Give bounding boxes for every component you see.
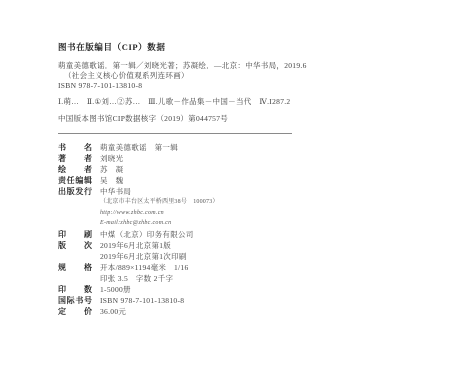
row-editor: 责任编辑 吴 魏 bbox=[58, 175, 358, 186]
cip-isbn-line: ISBN 978-7-101-13810-8 bbox=[58, 81, 408, 91]
editor-value: 吴 魏 bbox=[100, 175, 358, 186]
copyright-page: 图书在版编目（CIP）数据 萌童美德歌谣．第一辑／刘晓光著；苏凝绘．—北京：中华… bbox=[0, 0, 464, 375]
row-print-run: 印数 1-5000册 bbox=[58, 284, 358, 295]
row-label: 绘者 bbox=[58, 164, 92, 175]
format-value: 开本/889×1194毫米 1/16 bbox=[100, 262, 358, 273]
printer-value: 中煤（北京）印务有限公司 bbox=[100, 229, 358, 240]
row-label: 责任编辑 bbox=[58, 175, 92, 186]
row-label: 出版发行 bbox=[58, 186, 92, 197]
row-label: 印刷 bbox=[58, 229, 92, 240]
row-book-title: 书名 萌童美德歌谣 第一辑 bbox=[58, 142, 358, 153]
row-price: 定价 36.00元 bbox=[58, 306, 358, 317]
row-author: 著者 刘晓光 bbox=[58, 153, 358, 164]
publisher-address: （北京市丰台区太平桥西里38号 100073） bbox=[100, 197, 358, 208]
book-title-value: 萌童美德歌谣 第一辑 bbox=[100, 142, 358, 153]
row-edition: 版次 2019年6月北京第1版 2019年6月北京第1次印刷 bbox=[58, 240, 358, 262]
row-label: 书名 bbox=[58, 142, 92, 153]
colophon-table: 书名 萌童美德歌谣 第一辑 著者 刘晓光 绘者 苏 凝 责任编辑 bbox=[58, 142, 358, 317]
row-printer: 印刷 中煤（北京）印务有限公司 bbox=[58, 229, 358, 240]
cip-content-block: 图书在版编目（CIP）数据 萌童美德歌谣．第一辑／刘晓光著；苏凝绘．—北京：中华… bbox=[58, 42, 408, 317]
print-run-value: 1-5000册 bbox=[100, 284, 358, 295]
publisher-value: 中华书局 bbox=[100, 186, 358, 197]
printing-value: 2019年6月北京第1次印刷 bbox=[100, 251, 358, 262]
cip-record-number: 中国版本图书馆CIP数据核字（2019）第044757号 bbox=[58, 114, 408, 124]
row-illustrator: 绘者 苏 凝 bbox=[58, 164, 358, 175]
cip-description-line: 萌童美德歌谣．第一辑／刘晓光著；苏凝绘．—北京：中华书局，2019.6 bbox=[58, 61, 408, 71]
row-label: 著者 bbox=[58, 153, 92, 164]
publisher-website: http://www.zhbc.com.cn bbox=[100, 208, 358, 219]
cip-heading: 图书在版编目（CIP）数据 bbox=[58, 42, 408, 52]
sheets-wordcount-value: 印张 3.5 字数 2千字 bbox=[100, 273, 358, 284]
author-value: 刘晓光 bbox=[100, 153, 358, 164]
cip-classification-line: Ⅰ.萌… Ⅱ.①刘…②苏… Ⅲ.儿歌－作品集－中国－当代 Ⅳ.I287.2 bbox=[58, 97, 408, 107]
row-format: 规格 开本/889×1194毫米 1/16 印张 3.5 字数 2千字 bbox=[58, 262, 358, 284]
isbn-value: ISBN 978-7-101-13810-8 bbox=[100, 295, 358, 306]
row-label: 版次 bbox=[58, 240, 92, 251]
row-isbn: 国际书号 ISBN 978-7-101-13810-8 bbox=[58, 295, 358, 306]
row-label: 印数 bbox=[58, 284, 92, 295]
price-value: 36.00元 bbox=[100, 306, 358, 317]
horizontal-divider bbox=[58, 133, 292, 134]
illustrator-value: 苏 凝 bbox=[100, 164, 358, 175]
publisher-email: E-mail:zhbc@zhbc.com.cn bbox=[100, 218, 358, 229]
row-label: 定价 bbox=[58, 306, 92, 317]
cip-series-line: （社会主义核心价值观系列连环画） bbox=[58, 71, 408, 81]
row-label: 规格 bbox=[58, 262, 92, 273]
row-label: 国际书号 bbox=[58, 295, 92, 306]
edition-value: 2019年6月北京第1版 bbox=[100, 240, 358, 251]
cip-description: 萌童美德歌谣．第一辑／刘晓光著；苏凝绘．—北京：中华书局，2019.6 （社会主… bbox=[58, 61, 408, 91]
row-publisher: 出版发行 中华书局 （北京市丰台区太平桥西里38号 100073） http:/… bbox=[58, 186, 358, 229]
